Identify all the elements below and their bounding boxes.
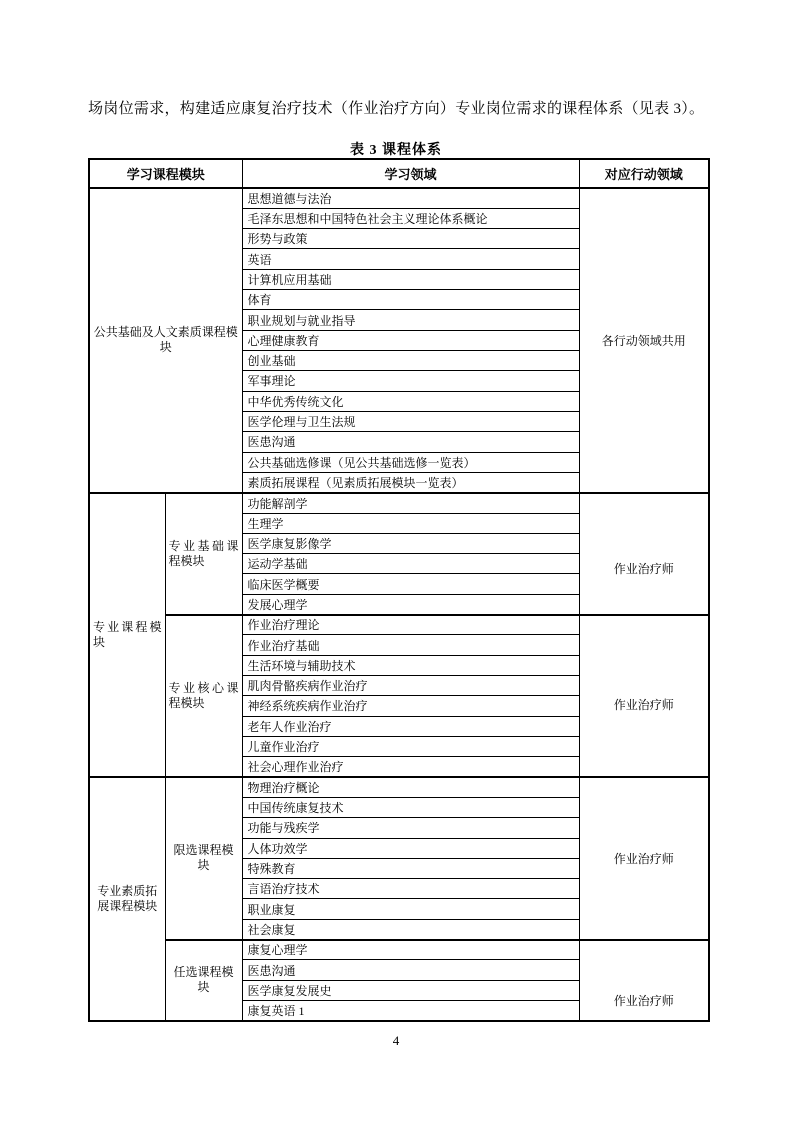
course-cell: 物理治疗概论: [242, 777, 579, 797]
course-cell: 形势与政策: [242, 229, 579, 249]
course-cell: 临床医学概要: [242, 574, 579, 594]
table-row: 公共基础及人文素质课程模块 思想道德与法治 各行动领域共用: [89, 188, 709, 208]
course-cell: 功能解剖学: [242, 493, 579, 513]
course-cell: 运动学基础: [242, 554, 579, 574]
submodule-cell: 任选课程模块: [165, 940, 242, 1021]
document-page: 场岗位需求，构建适应康复治疗技术（作业治疗方向）专业岗位需求的课程体系（见表 3…: [0, 0, 792, 1121]
course-cell: 社会心理作业治疗: [242, 757, 579, 777]
course-cell: 医学康复发展史: [242, 980, 579, 1000]
course-cell: 老年人作业治疗: [242, 716, 579, 736]
action-cell: 作业治疗师: [579, 940, 709, 1021]
page-number: 4: [0, 1033, 792, 1049]
course-cell: 康复英语 1: [242, 1001, 579, 1021]
course-cell: 言语治疗技术: [242, 879, 579, 899]
action-cell: 作业治疗师: [579, 493, 709, 615]
action-cell: 作业治疗师: [579, 777, 709, 940]
course-cell: 中华优秀传统文化: [242, 391, 579, 411]
module-cell: 专业课程模块: [89, 493, 165, 777]
header-cell-module: 学习课程模块: [89, 159, 242, 188]
course-cell: 社会康复: [242, 919, 579, 939]
course-cell: 体育: [242, 290, 579, 310]
course-cell: 作业治疗基础: [242, 635, 579, 655]
submodule-cell: 专业核心课程模块: [165, 615, 242, 778]
course-cell: 医学伦理与卫生法规: [242, 411, 579, 431]
course-cell: 医患沟通: [242, 432, 579, 452]
action-cell: 各行动领域共用: [579, 188, 709, 493]
table-title: 表 3 课程体系: [0, 139, 792, 159]
course-cell: 思想道德与法治: [242, 188, 579, 208]
course-cell: 儿童作业治疗: [242, 736, 579, 756]
course-cell: 功能与残疾学: [242, 818, 579, 838]
course-cell: 作业治疗理论: [242, 615, 579, 635]
table-row: 任选课程模块 康复心理学 作业治疗师: [89, 940, 709, 960]
course-cell: 发展心理学: [242, 594, 579, 614]
table-row: 专业核心课程模块 作业治疗理论 作业治疗师: [89, 615, 709, 635]
course-cell: 创业基础: [242, 351, 579, 371]
action-cell: 作业治疗师: [579, 615, 709, 778]
course-table: 学习课程模块 学习领域 对应行动领域 公共基础及人文素质课程模块 思想道德与法治…: [88, 158, 710, 1022]
table-row: 专业素质拓展课程模块 限选课程模块 物理治疗概论 作业治疗师: [89, 777, 709, 797]
course-cell: 素质拓展课程（见素质拓展模块一览表）: [242, 472, 579, 492]
course-cell: 医患沟通: [242, 960, 579, 980]
module-cell: 专业素质拓展课程模块: [89, 777, 165, 1021]
header-cell-domain: 学习领域: [242, 159, 579, 188]
course-cell: 特殊教育: [242, 858, 579, 878]
course-cell: 毛泽东思想和中国特色社会主义理论体系概论: [242, 208, 579, 228]
course-cell: 计算机应用基础: [242, 269, 579, 289]
course-cell: 生理学: [242, 513, 579, 533]
course-cell: 职业康复: [242, 899, 579, 919]
course-cell: 英语: [242, 249, 579, 269]
course-cell: 神经系统疾病作业治疗: [242, 696, 579, 716]
intro-paragraph: 场岗位需求，构建适应康复治疗技术（作业治疗方向）专业岗位需求的课程体系（见表 3…: [88, 100, 712, 119]
table-row: 专业课程模块 专业基础课程模块 功能解剖学 作业治疗师: [89, 493, 709, 513]
course-cell: 医学康复影像学: [242, 533, 579, 553]
module-cell: 公共基础及人文素质课程模块: [89, 188, 242, 493]
course-cell: 肌肉骨骼疾病作业治疗: [242, 676, 579, 696]
course-cell: 康复心理学: [242, 940, 579, 960]
submodule-cell: 专业基础课程模块: [165, 493, 242, 615]
table-header-row: 学习课程模块 学习领域 对应行动领域: [89, 159, 709, 188]
course-cell: 人体功效学: [242, 838, 579, 858]
course-cell: 公共基础选修课（见公共基础选修一览表）: [242, 452, 579, 472]
course-cell: 职业规划与就业指导: [242, 310, 579, 330]
course-cell: 生活环境与辅助技术: [242, 655, 579, 675]
course-cell: 心理健康教育: [242, 330, 579, 350]
course-cell: 中国传统康复技术: [242, 797, 579, 817]
submodule-cell: 限选课程模块: [165, 777, 242, 940]
header-cell-action: 对应行动领域: [579, 159, 709, 188]
course-cell: 军事理论: [242, 371, 579, 391]
